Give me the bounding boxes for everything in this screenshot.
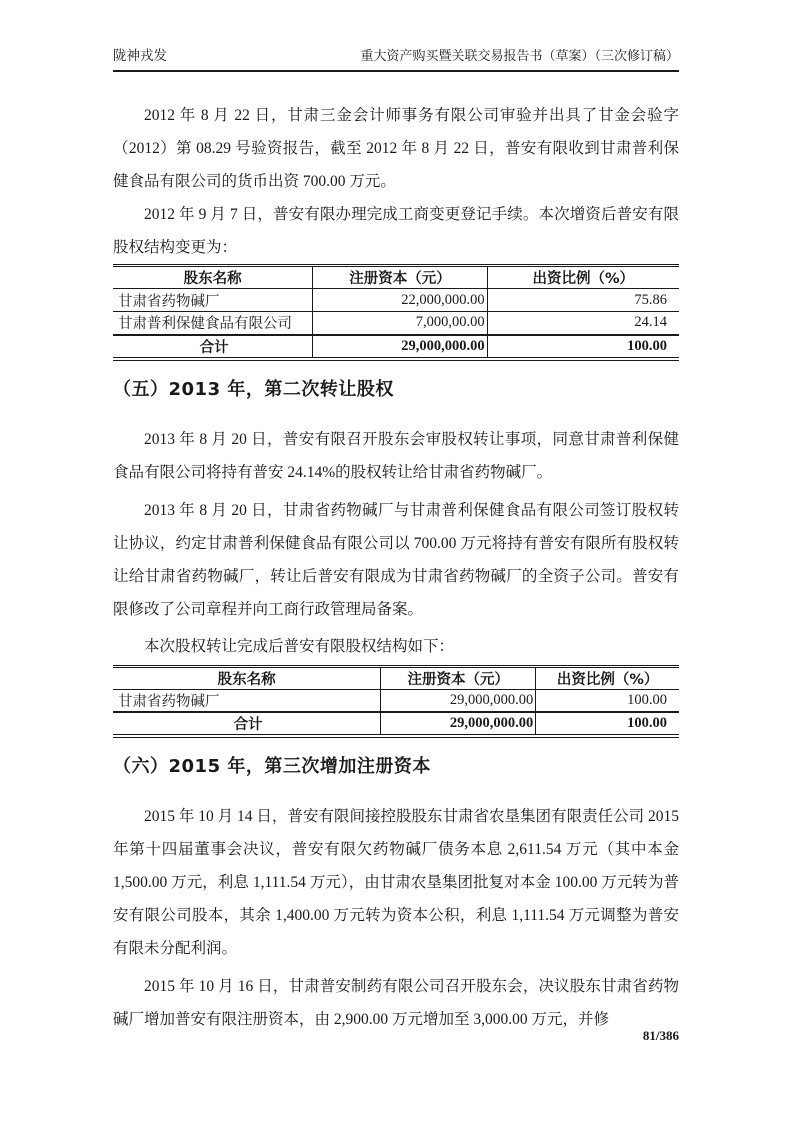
column-header-contribution-ratio: 出资比例（%）: [487, 266, 679, 289]
paragraph-equity-transfer-resolution: 2013 年 8 月 20 日，普安有限召开股东会审股权转让事项，同意甘肃普利保…: [113, 423, 679, 489]
total-label: 合计: [113, 335, 313, 359]
page-body: 陇神戎发 重大资产购买暨关联交易报告书（草案）（三次修订稿） 2012 年 8 …: [0, 0, 793, 1036]
total-label: 合计: [113, 712, 381, 736]
total-registered-capital: 29,000,000.00: [381, 712, 536, 736]
table-header-row: 股东名称 注册资本（元） 出资比例（%）: [113, 266, 679, 289]
paragraph-equity-transfer-agreement: 2013 年 8 月 20 日，甘肃省药物碱厂与甘肃普利保健食品有限公司签订股权…: [113, 494, 679, 626]
registered-capital-value: 29,000,000.00: [381, 689, 536, 712]
paragraph-registration-change: 2012 年 9 月 7 日，普安有限办理完成工商变更登记手续。本次增资后普安有…: [113, 198, 679, 264]
header-company-name: 陇神戎发: [113, 46, 167, 66]
shareholder-name: 甘肃省药物碱厂: [113, 689, 381, 712]
paragraph-structure-after-transfer: 本次股权转让完成后普安有限股权结构如下：: [113, 630, 679, 663]
column-header-registered-capital: 注册资本（元）: [313, 266, 487, 289]
column-header-registered-capital: 注册资本（元）: [381, 666, 536, 689]
table-total-row: 合计 29,000,000.00 100.00: [113, 712, 679, 736]
paragraph-capital-increase: 2015 年 10 月 16 日，甘肃普安制药有限公司召开股东会，决议股东甘肃省…: [113, 970, 679, 1036]
registered-capital-value: 22,000,000.00: [313, 289, 487, 312]
running-header: 陇神戎发 重大资产购买暨关联交易报告书（草案）（三次修订稿）: [113, 46, 679, 72]
column-header-shareholder-name: 股东名称: [113, 266, 313, 289]
column-header-contribution-ratio: 出资比例（%）: [536, 666, 679, 689]
section-heading-6: （六）2015 年，第三次增加注册资本: [113, 756, 679, 778]
registered-capital-value: 7,000,00.00: [313, 312, 487, 335]
total-contribution-ratio: 100.00: [536, 712, 679, 736]
contribution-ratio-value: 100.00: [536, 689, 679, 712]
paragraph-capital-verification: 2012 年 8 月 22 日，甘肃三金会计师事务有限公司审验并出具了甘金会验字…: [113, 99, 679, 198]
header-report-title: 重大资产购买暨关联交易报告书（草案）（三次修订稿）: [360, 46, 679, 66]
paragraph-debt-to-equity: 2015 年 10 月 14 日，普安有限间接控股股东甘肃省农垦集团有限责任公司…: [113, 800, 679, 965]
shareholder-name: 甘肃省药物碱厂: [113, 289, 313, 312]
shareholder-structure-table-2013: 股东名称 注册资本（元） 出资比例（%） 甘肃省药物碱厂 29,000,000.…: [113, 665, 679, 739]
shareholder-name: 甘肃普利保健食品有限公司: [113, 312, 313, 335]
column-header-shareholder-name: 股东名称: [113, 666, 381, 689]
section-heading-5: （五）2013 年，第二次转让股权: [113, 379, 679, 401]
table-row: 甘肃省药物碱厂 22,000,000.00 75.86: [113, 289, 679, 312]
table-total-row: 合计 29,000,000.00 100.00: [113, 335, 679, 359]
shareholder-structure-table-2012: 股东名称 注册资本（元） 出资比例（%） 甘肃省药物碱厂 22,000,000.…: [113, 264, 679, 361]
page-number: 81/386: [643, 1028, 679, 1044]
document-page: 陇神戎发 重大资产购买暨关联交易报告书（草案）（三次修订稿） 2012 年 8 …: [0, 0, 793, 1122]
contribution-ratio-value: 75.86: [487, 289, 679, 312]
contribution-ratio-value: 24.14: [487, 312, 679, 335]
table-header-row: 股东名称 注册资本（元） 出资比例（%）: [113, 666, 679, 689]
total-contribution-ratio: 100.00: [487, 335, 679, 359]
table-row: 甘肃省药物碱厂 29,000,000.00 100.00: [113, 689, 679, 712]
total-registered-capital: 29,000,000.00: [313, 335, 487, 359]
table-row: 甘肃普利保健食品有限公司 7,000,00.00 24.14: [113, 312, 679, 335]
